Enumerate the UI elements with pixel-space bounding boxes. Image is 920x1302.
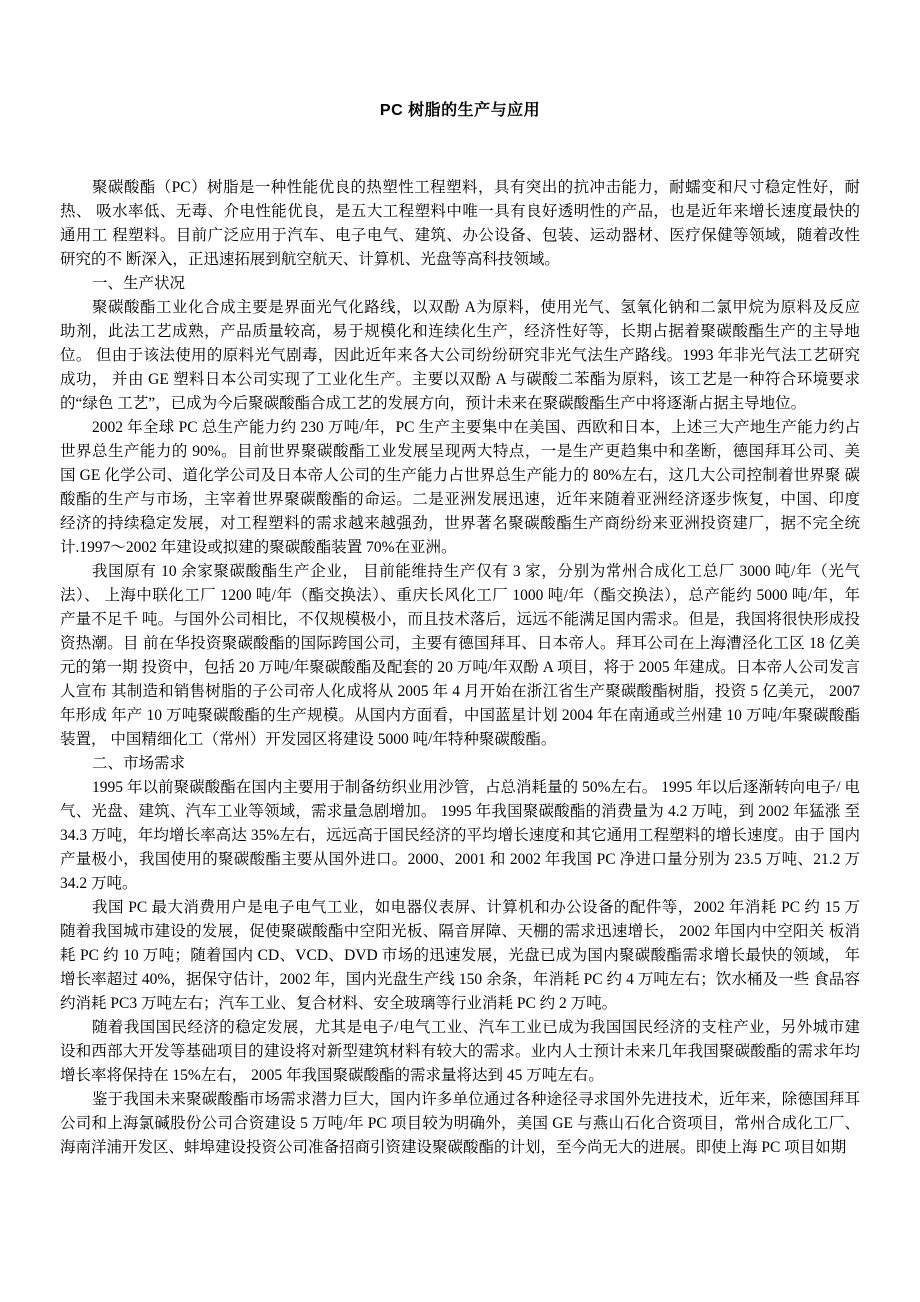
text-line: 聚碳酸酯工业化合成主要是界面光气化路线，以双酚 A为原料，使用光气、氢氧化钠和二…: [60, 296, 860, 320]
heading-line: 一、生产状况: [60, 272, 860, 296]
text-line: 公司和上海氯碱股份公司合资建设 5 万吨/年 PC 项目较为明确外，美国 GE …: [60, 1112, 860, 1136]
text-line: 我国 PC 最大消费用户是电子电气工业，如电器仪表屏、计算机和办公设备的配件等，…: [60, 896, 860, 920]
text-line: 年形成 年产 10 万吨聚碳酸酯的生产规模。从国内方面看，中国蓝星计划 2004…: [60, 704, 860, 728]
paragraph: 我国原有 10 余家聚碳酸酯生产企业， 目前能维持生产仅有 3 家，分别为常州合…: [60, 560, 860, 752]
text-line: 气、光盘、建筑、汽车工业等领域，需求量急剧增加。 1995 年我国聚碳酸酯的消费…: [60, 800, 860, 824]
text-line: 增长率超过 40%，据保守估计，2002 年，国内光盘生产线 150 余条，年消…: [60, 968, 860, 992]
text-line: 设和西部大开发等基础项目的建设将对新型建筑材料有较大的需求。业内人士预计未来几年…: [60, 1040, 860, 1064]
text-line: 法）、 上海中联化工厂 1200 吨/年（酯交换法）、重庆长风化工厂 1000 …: [60, 584, 860, 608]
text-line: 聚碳酸酯（PC）树脂是一种性能优良的热塑性工程塑料，具有突出的抗冲击能力，耐蠕变…: [60, 176, 860, 200]
paragraph: 1995 年以前聚碳酸酯在国内主要用于制备纺织业用沙管，占总消耗量的 50%左右…: [60, 776, 860, 896]
text-line: 我国原有 10 余家聚碳酸酯生产企业， 目前能维持生产仅有 3 家，分别为常州合…: [60, 560, 860, 584]
paragraph: 我国 PC 最大消费用户是电子电气工业，如电器仪表屏、计算机和办公设备的配件等，…: [60, 896, 860, 1016]
text-line: 随着我国国民经济的稳定发展，尤其是电子/电气工业、汽车工业已成为我国国民经济的支…: [60, 1016, 860, 1040]
text-line: 装置， 中国精细化工（常州）开发园区将建设 5000 吨/年特种聚碳酸酯。: [60, 728, 860, 752]
text-line: 资热潮。目 前在华投资聚碳酸酯的国际跨国公司，主要有德国拜耳、日本帝人。拜耳公司…: [60, 632, 860, 656]
text-line: 产量不足千 吨。与国外公司相比，不仅规模极小，而且技术落后，远远不能满足国内需求…: [60, 608, 860, 632]
text-line: 耗 PC 约 10 万吨；随着国内 CD、VCD、DVD 市场的迅速发展，光盘已…: [60, 944, 860, 968]
section-heading: 一、生产状况: [60, 272, 860, 296]
heading-line: 二、市场需求: [60, 752, 860, 776]
paragraph: 聚碳酸酯（PC）树脂是一种性能优良的热塑性工程塑料，具有突出的抗冲击能力，耐蠕变…: [60, 176, 860, 272]
section-heading: 二、市场需求: [60, 752, 860, 776]
text-line: 产量极小，我国使用的聚碳酸酯主要从国外进口。2000、2001 和 2002 年…: [60, 848, 860, 872]
text-line: 34.2 万吨。: [60, 872, 860, 896]
paragraph: 2002 年全球 PC 总生产能力约 230 万吨/年，PC 生产主要集中在美国…: [60, 416, 860, 560]
text-line: 国 GE 化学公司、道化学公司及日本帝人公司的生产能力占世界总生产能力的 80%…: [60, 464, 860, 488]
text-line: 1995 年以前聚碳酸酯在国内主要用于制备纺织业用沙管，占总消耗量的 50%左右…: [60, 776, 860, 800]
paragraph: 随着我国国民经济的稳定发展，尤其是电子/电气工业、汽车工业已成为我国国民经济的支…: [60, 1016, 860, 1088]
text-line: 增长率将保持在 15%左右， 2005 年我国聚碳酸酯的需求量将达到 45 万吨…: [60, 1064, 860, 1088]
text-line: 酸酯的生产与市场，主宰着世界聚碳酸酯的命运。二是亚洲发展迅速，近年来随着亚洲经济…: [60, 488, 860, 512]
text-line: 人宣布 其制造和销售树脂的子公司帝人化成将从 2005 年 4 月开始在浙江省生…: [60, 680, 860, 704]
text-line: 研究的不 断深入，正迅速拓展到航空航天、计算机、光盘等高科技领域。: [60, 248, 860, 272]
text-line: 的“绿色 工艺”，已成为今后聚碳酸酯合成工艺的发展方向，预计未来在聚碳酸酯生产中…: [60, 392, 860, 416]
text-line: 海南洋浦开发区、蚌埠建设投资公司准备招商引资建设聚碳酸酯的计划，至今尚无大的进展…: [60, 1136, 860, 1160]
document-body: 聚碳酸酯（PC）树脂是一种性能优良的热塑性工程塑料，具有突出的抗冲击能力，耐蠕变…: [60, 176, 860, 1160]
text-line: 2002 年全球 PC 总生产能力约 230 万吨/年，PC 生产主要集中在美国…: [60, 416, 860, 440]
document-page: PC 树脂的生产与应用 聚碳酸酯（PC）树脂是一种性能优良的热塑性工程塑料，具有…: [0, 0, 920, 1302]
paragraph: 鉴于我国未来聚碳酸酯市场需求潜力巨大，国内许多单位通过各种途径寻求国外先进技术，…: [60, 1088, 860, 1160]
text-line: 经济的持续稳定发展，对工程塑料的需求越来越强劲，世界著名聚碳酸酯生产商纷纷来亚洲…: [60, 512, 860, 536]
text-line: 位。 但由于该法使用的原料光气剧毒，因此近年来各大公司纷纷研究非光气法生产路线。…: [60, 344, 860, 368]
text-line: 热、 吸水率低、无毒、介电性能优良，是五大工程塑料中唯一具有良好透明性的产品，也…: [60, 200, 860, 224]
text-line: 通用工 程塑料。目前广泛应用于汽车、电子电气、建筑、办公设备、包装、运动器材、医…: [60, 224, 860, 248]
document-title: PC 树脂的生产与应用: [60, 99, 860, 123]
text-line: 世界总生产能力的 90%。目前世界聚碳酸酯工业发展呈现两大特点，一是生产更趋集中…: [60, 440, 860, 464]
text-line: 34.3 万吨，年均增长率高达 35%左右，远远高于国民经济的平均增长速度和其它…: [60, 824, 860, 848]
text-line: 随着我国城市建设的发展，促使聚碳酸酯中空阳光板、隔音屏障、天棚的需求迅速增长， …: [60, 920, 860, 944]
text-line: 约消耗 PC3 万吨左右；汽车工业、复合材料、安全玻璃等行业消耗 PC 约 2 …: [60, 992, 860, 1016]
text-line: 计.1997〜2002 年建设或拟建的聚碳酸酯装置 70%在亚洲。: [60, 536, 860, 560]
text-line: 鉴于我国未来聚碳酸酯市场需求潜力巨大，国内许多单位通过各种途径寻求国外先进技术，…: [60, 1088, 860, 1112]
text-line: 成功， 并由 GE 塑料日本公司实现了工业化生产。主要以双酚 A 与碳酸二苯酯为…: [60, 368, 860, 392]
paragraph: 聚碳酸酯工业化合成主要是界面光气化路线，以双酚 A为原料，使用光气、氢氧化钠和二…: [60, 296, 860, 416]
text-line: 助剂，此法工艺成熟，产品质量较高，易于规模化和连续化生产，经济性好等，长期占据着…: [60, 320, 860, 344]
text-line: 元的第一期 投资中，包括 20 万吨/年聚碳酸酯及配套的 20 万吨/年双酚 A…: [60, 656, 860, 680]
